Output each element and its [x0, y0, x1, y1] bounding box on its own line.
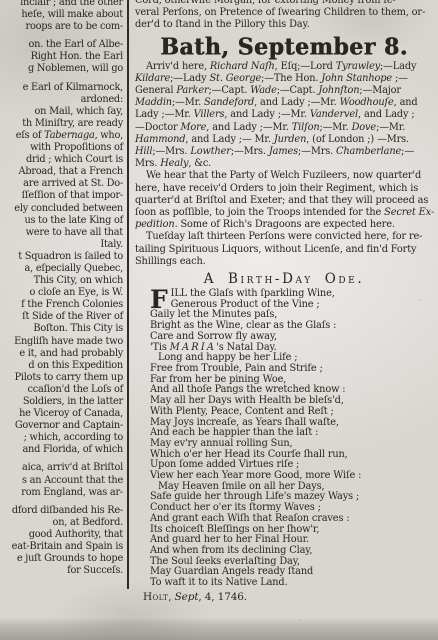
text-line: —Doctor More, and Lady ;—Mr. Tilſon;—Mr.… — [135, 122, 433, 134]
text-line: rom England, was ar- — [0, 487, 123, 499]
text-segment: ;— — [401, 146, 414, 157]
text-segment: Arriv'd here, — [135, 61, 210, 72]
text-segment: ;— — [392, 73, 408, 84]
text-segment: Far from her be pining Woe, — [150, 374, 286, 385]
text-segment: Secret Ex- — [384, 207, 434, 218]
text-segment: Pilots to carry them up — [15, 372, 123, 383]
text-segment: Sept — [175, 591, 199, 603]
text-line: here, have receiv'd Orders to join their… — [135, 183, 433, 195]
text-line: ſſeſſion of that impor- — [0, 190, 123, 202]
text-segment: veral Perſons, on Pretence of ſwearing C… — [135, 7, 425, 18]
text-line: heſe, will make about — [0, 9, 123, 21]
ode-lines: ILL the Glaſs with ſparkling Wine,Genero… — [150, 289, 433, 589]
text-segment: Gaily let the Minutes paſs, — [150, 309, 277, 320]
text-segment: and Florida, of which — [22, 444, 123, 455]
text-segment: Care and Sorrow fly away, — [150, 331, 277, 342]
text-segment: der'd to ſtand in the Pillory this Day. — [135, 19, 310, 30]
text-segment: And grant each Wiſh that Reaſon craves : — [150, 513, 349, 524]
text-segment: ;—Capt. — [277, 85, 319, 96]
pillory-news-paragraph: Cord, otherwiſe Morgan, for extorting Mo… — [135, 0, 433, 32]
text-segment: And all thoſe Pangs the wretched know : — [150, 384, 345, 395]
text-line: Kildare;—Lady St. George;—The Hon. John … — [135, 73, 433, 85]
text-segment: Villers — [194, 109, 225, 120]
text-line: We hear that the Party of Welch Fuzileer… — [135, 170, 433, 182]
text-segment: were to have all that — [26, 227, 123, 238]
text-segment: quarter'd at Briſtol and Exeter; and tha… — [135, 195, 428, 206]
text-segment: Parker — [176, 85, 208, 96]
text-segment: , and — [394, 97, 418, 108]
text-segment: on Mail, which ſay, — [35, 106, 124, 117]
text-segment: a, eſpecially Quebec, — [25, 263, 124, 274]
text-segment: Healy — [160, 158, 188, 169]
text-segment: 'Tis — [150, 342, 170, 353]
text-segment: Abroad, that a French — [19, 166, 124, 177]
text-line: Abroad, that a French — [0, 166, 123, 178]
text-line: a, eſpecially Quebec, — [0, 263, 123, 275]
text-line: Boſton. This City is — [0, 323, 123, 335]
text-segment: good Authority, that — [29, 529, 123, 540]
text-segment: Governor and Captain- — [15, 420, 123, 431]
text-segment: Boſton. This City is — [33, 323, 123, 334]
text-segment: Generous Product of the Vine ; — [171, 299, 320, 310]
text-line: eat-Britain and Spain is — [0, 541, 123, 553]
text-segment: To waft it to its Native Land. — [150, 577, 288, 588]
text-segment: ſoon as poſſible, to join the Troops int… — [135, 207, 384, 218]
text-segment: More — [180, 122, 206, 133]
text-segment: tailing Spirituous Liquors, without Lice… — [135, 244, 416, 255]
text-segment: Free from Trouble, Pain and Strife ; — [150, 363, 323, 374]
text-line: good Authority, that — [0, 529, 123, 541]
text-segment: Mrs. — [135, 158, 160, 169]
text-segment: th Miniſtry, are ready — [22, 118, 123, 129]
text-segment: for Succeſs. — [67, 565, 123, 576]
text-line: o cloſe an Eye, is W. — [0, 287, 123, 299]
text-segment: The Soul ſeeks everlaſting Day, — [150, 556, 300, 567]
text-line: drid ; which Court is — [0, 154, 123, 166]
text-line: Shillings each. — [135, 256, 433, 268]
text-segment: , Eſq;—Lord — [275, 61, 336, 72]
text-segment: Bright as the Wine, clear as the Glaſs : — [150, 320, 336, 331]
text-segment: ;—Mr. — [376, 122, 405, 133]
text-segment: heſe, will make about — [21, 9, 123, 20]
text-segment: View her each Year more Good, more Wiſe … — [150, 470, 361, 481]
text-segment: With Plenty, Peace, Content and Reſt ; — [150, 406, 334, 417]
text-segment: Holt — [143, 591, 168, 603]
text-segment: This City, on which — [34, 275, 123, 286]
text-line: for Succeſs. — [0, 565, 123, 577]
text-segment: Long and happy be her Life ; — [150, 352, 297, 363]
text-segment: e it, and had probably — [19, 348, 123, 359]
text-segment: ely concluded between — [14, 203, 123, 214]
text-line: were to have all that — [0, 227, 123, 239]
text-segment: on, at Bedford. — [53, 517, 123, 528]
text-segment: May Heaven ſmile on all her Days, — [150, 481, 324, 492]
text-line: aica, arriv'd at Briſtol — [0, 462, 123, 474]
text-segment: o cloſe an Eye, is W. — [29, 287, 123, 298]
text-segment: , &c. — [188, 158, 211, 169]
text-segment: Tilſon — [292, 122, 320, 133]
text-segment: . Some of Rich's Dragoons are expected h… — [175, 219, 395, 230]
text-segment: ;—Major — [359, 85, 401, 96]
text-segment: General — [135, 85, 176, 96]
text-line: ccaſion'd the Loſs of — [0, 384, 123, 396]
newspaper-page: inclair ; and the otherheſe, will make a… — [0, 0, 438, 640]
ode-title: A Birth-Day Ode. — [135, 271, 433, 287]
bath-dateline-heading: Bath, September 8. — [135, 34, 433, 60]
text-segment: St. George — [209, 73, 261, 84]
arrivals-paragraph: Arriv'd here, Richard Naſh, Eſq;—Lord Ty… — [135, 61, 433, 171]
text-line: are arrived at St. Do- — [0, 178, 123, 190]
text-line: Arriv'd here, Richard Naſh, Eſq;—Lord Ty… — [135, 61, 433, 73]
text-segment: pedition — [135, 219, 175, 230]
text-segment: dford diſbanded his Re- — [12, 505, 123, 516]
text-segment: Upon ſome added Virtues riſe ; — [150, 459, 299, 470]
signature-line: Holt, Sept, 4, 1746. — [143, 591, 433, 604]
text-line: ardoned: — [0, 94, 123, 106]
text-segment: ;—The Hon. — [261, 73, 321, 84]
text-segment: Its choiceſt Bleſſings on her ſhow'r, — [150, 524, 319, 535]
text-line: eſs of Tabernaga, who, — [0, 130, 123, 142]
text-segment: f the French Colonies — [21, 299, 123, 310]
text-segment: Maddin — [135, 97, 172, 108]
text-line: Soldiers, in the latter — [0, 396, 123, 408]
text-line: with Propoſitions of — [0, 142, 123, 154]
text-segment: James — [269, 146, 298, 157]
text-segment: Conduct her o'er its ſtormy Waves ; — [150, 502, 321, 513]
text-line: d on this Expedition — [0, 360, 123, 372]
text-line: on Mail, which ſay, — [0, 106, 123, 118]
text-segment: are arrived at St. Do- — [23, 178, 123, 189]
text-segment: ccaſion'd the Loſs of — [28, 384, 123, 395]
text-segment: May Joys increaſe, as Years ſhall waſte, — [150, 417, 339, 428]
text-segment: ;—Mrs. — [298, 146, 336, 157]
text-segment: Chamberlane — [336, 146, 401, 157]
text-line: e Earl of Kilmarnock, — [0, 82, 123, 94]
text-line: dford diſbanded his Re- — [0, 505, 123, 517]
text-line: To waft it to its Native Land. — [150, 578, 433, 589]
text-segment: Woodhouſe — [340, 97, 394, 108]
welch-fuzileers-paragraph: We hear that the Party of Welch Fuzileer… — [135, 170, 433, 231]
text-segment: eat-Britain and Spain is — [12, 541, 123, 552]
text-line: inclair ; and the other — [0, 0, 123, 9]
text-line: tailing Spirituous Liquors, without Lice… — [135, 244, 433, 256]
text-segment: , who, — [95, 130, 123, 141]
text-segment: And each be happier than the laſt : — [150, 427, 318, 438]
text-segment: We hear that the Party of Welch Fuzileer… — [135, 170, 421, 181]
text-segment: ;—Mrs. — [231, 146, 269, 157]
text-segment: Shillings each. — [135, 256, 206, 267]
text-line: g Noblemen, will go — [0, 63, 123, 75]
text-segment: Lowther — [190, 146, 230, 157]
text-segment: roops are to be com- — [26, 21, 123, 32]
column-divider-rule — [127, 0, 129, 589]
text-line: General Parker;—Capt. Wade;—Capt. Johnſt… — [135, 85, 433, 97]
text-line: quarter'd at Briſtol and Exeter; and tha… — [135, 195, 433, 207]
convictions-paragraph: Tueſday laſt thirteen Perſons were convi… — [135, 231, 433, 268]
text-line: Holt, Sept, 4, 1746. — [143, 591, 433, 604]
text-line: Hammond, and Lady ;— Mr. Jurden, (of Lon… — [135, 134, 433, 146]
text-line: e juſt Grounds to hope — [0, 553, 123, 565]
text-line: on. the Earl of Albe- — [0, 39, 123, 51]
text-segment: Hill — [135, 146, 152, 157]
text-segment: Sandeford — [204, 97, 254, 108]
text-segment: Dove — [352, 122, 377, 133]
text-segment: drid ; which Court is — [26, 154, 123, 165]
text-segment: ;—Mrs. — [152, 146, 190, 157]
text-segment: with Propoſitions of — [30, 142, 123, 153]
ode-dropcap-letter: F — [150, 289, 171, 310]
text-segment: eſs of — [16, 130, 44, 141]
text-line: Maddin;—Mr. Sandeford, and Lady ;—Mr. Wo… — [135, 97, 433, 109]
text-segment: Tabernaga — [44, 130, 94, 141]
text-line: t Squadron is ſailed to — [0, 251, 123, 263]
text-segment: Richard Naſh — [210, 61, 275, 72]
text-line: veral Perſons, on Pretence of ſwearing C… — [135, 7, 433, 19]
text-line: Governor and Captain- — [0, 420, 123, 432]
text-segment: inclair ; and the other — [20, 0, 123, 8]
text-line: Engliſh have made two — [0, 336, 123, 348]
text-segment: , and Lady ;—Mr. — [254, 97, 339, 108]
text-segment: ;—Capt. — [209, 85, 251, 96]
text-segment: May Guardian Angels ready ſtand — [150, 566, 313, 577]
text-segment: , 4, 1746. — [198, 591, 247, 603]
text-segment: he Viceroy of Canada, — [19, 408, 123, 419]
text-line: Mrs. Healy, &c. — [135, 158, 433, 170]
text-line: us to the late King of — [0, 215, 123, 227]
text-line: on, at Bedford. — [0, 517, 123, 529]
text-line: ſoon as poſſible, to join the Troops int… — [135, 207, 433, 219]
text-line: e it, and had probably — [0, 348, 123, 360]
text-segment: ; which, according to — [24, 432, 123, 443]
text-segment: Which o'er her Head its Courſe ſhall run… — [150, 449, 348, 460]
text-line: roops are to be com- — [0, 21, 123, 33]
text-segment: e juſt Grounds to hope — [17, 553, 123, 564]
text-segment: Lady ;—Mr. — [135, 109, 194, 120]
birthday-ode: F ILL the Glaſs with ſparkling Wine,Gene… — [150, 289, 433, 589]
text-segment: Vandervel — [310, 109, 358, 120]
text-segment: d on this Expedition — [28, 360, 123, 371]
text-segment: ;—Mr. — [320, 122, 352, 133]
text-segment: Tyrawley — [336, 61, 380, 72]
text-line: Cord, otherwiſe Morgan, for extorting Mo… — [135, 0, 433, 7]
right-column: Cord, otherwiſe Morgan, for extorting Mo… — [135, 0, 433, 604]
text-segment: And guard her to her Final Hour. — [150, 534, 309, 545]
text-line: ely concluded between — [0, 203, 123, 215]
text-line: Pilots to carry them up — [0, 372, 123, 384]
text-segment: MARIA — [170, 342, 216, 353]
text-segment: Johnſton — [318, 85, 359, 96]
text-segment: Tueſday laſt thirteen Perſons were convi… — [135, 231, 422, 242]
text-line: th Miniſtry, are ready — [0, 118, 123, 130]
text-segment: ;—Mr. — [172, 97, 204, 108]
text-line: pedition. Some of Rich's Dragoons are ex… — [135, 219, 433, 231]
text-segment: on. the Earl of Albe- — [29, 39, 124, 50]
text-segment: , (of London ;) —Mrs. — [306, 134, 409, 145]
text-segment: , and Lady ;—Mr. — [224, 109, 309, 120]
text-line: he Viceroy of Canada, — [0, 408, 123, 420]
text-line: ; which, according to — [0, 432, 123, 444]
text-segment: Safe guide her through Life's mazey Ways… — [150, 491, 359, 502]
text-line: ſt Side of the River of — [0, 311, 123, 323]
text-segment: Engliſh have made two — [14, 336, 123, 347]
text-line: and Florida, of which — [0, 444, 123, 456]
text-segment: ſt Side of the River of — [22, 311, 123, 322]
text-segment: , and Lady ;— Mr. — [185, 134, 273, 145]
text-segment: here, have receiv'd Orders to join their… — [135, 183, 418, 194]
text-segment: Wade — [250, 85, 277, 96]
text-segment: ILL the Glaſs with ſparkling Wine, — [171, 288, 335, 299]
text-segment: May ev'ry annual rolling Sun, — [150, 438, 293, 449]
text-segment: , and Lady ;—Mr. — [206, 122, 291, 133]
text-segment: , and Lady ; — [358, 109, 415, 120]
text-segment: ardoned: — [81, 94, 123, 105]
left-column: inclair ; and the otherheſe, will make a… — [0, 0, 123, 577]
text-segment: Kildare — [135, 73, 170, 84]
text-segment: May all her Days with Health be bleſs'd, — [150, 395, 344, 406]
text-segment: aica, arriv'd at Briſtol — [22, 462, 123, 473]
text-line: Tueſday laſt thirteen Perſons were convi… — [135, 231, 433, 243]
text-segment: Soldiers, in the latter — [23, 396, 123, 407]
text-segment: Hammond — [135, 134, 185, 145]
text-segment: —Doctor — [135, 122, 180, 133]
text-segment: 's Natal Day. — [216, 342, 276, 353]
text-segment: s an Account that the — [22, 475, 123, 486]
text-line: s an Account that the — [0, 475, 123, 487]
text-line: Lady ;—Mr. Villers, and Lady ;—Mr. Vande… — [135, 109, 433, 121]
text-segment: ;—Lady — [380, 61, 416, 72]
text-line: Italy. — [0, 239, 123, 251]
text-segment: us to the late King of — [24, 215, 123, 226]
text-line: Right Hon. the Earl — [0, 51, 123, 63]
text-segment: g Noblemen, will go — [28, 63, 123, 74]
text-segment: Right Hon. the Earl — [31, 51, 123, 62]
text-segment: John Stanhope — [321, 73, 392, 84]
text-segment: e Earl of Kilmarnock, — [23, 82, 123, 93]
text-segment: Jurden — [274, 134, 306, 145]
text-line: der'd to ſtand in the Pillory this Day. — [135, 19, 433, 31]
text-line: This City, on which — [0, 275, 123, 287]
text-segment: ;—Lady — [170, 73, 209, 84]
text-segment: Italy. — [100, 239, 123, 250]
text-line: f the French Colonies — [0, 299, 123, 311]
text-segment: ſſeſſion of that impor- — [22, 190, 123, 201]
text-line: Hill;—Mrs. Lowther;—Mrs. James;—Mrs. Cha… — [135, 146, 433, 158]
text-segment: Cord, otherwiſe Morgan, for extorting Mo… — [135, 0, 396, 6]
text-segment: rom England, was ar- — [21, 487, 123, 498]
text-segment: And when from its declining Clay, — [150, 545, 312, 556]
text-segment: t Squadron is ſailed to — [18, 251, 123, 262]
